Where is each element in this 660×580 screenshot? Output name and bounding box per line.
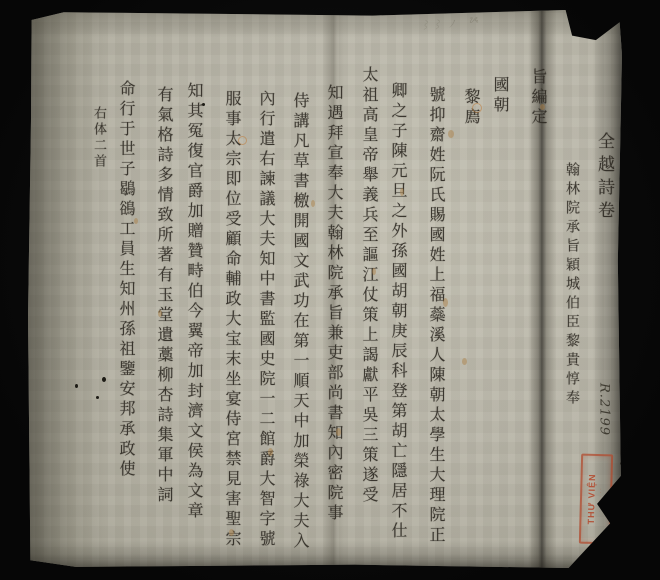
faint-pencil-scribble: ⌇⌇ ﾉ [420,15,457,32]
text-column-poem-count: 右体二首 [88,106,108,170]
paper-stain [134,218,138,224]
wormhole-speck [620,462,623,465]
text-column-biography-1: 號抑齋姓阮氏賜國姓上福蘂溪人陳朝太學生大理院正 [426,86,446,546]
wormhole-speck [96,396,99,399]
paper-stain [400,188,404,196]
paper-stain [268,448,273,456]
paper-stain [443,298,448,307]
wormhole-speck [75,384,78,388]
text-column-biography-3: 太祖高皇帝舉義兵至謳江仗策上謁獻平吳三策遂受 [359,66,379,506]
faint-pencil-scribble: ᝰ [468,12,481,26]
paper-scratch [624,78,637,88]
manuscript-photo: 全越詩卷 翰林院承旨穎城伯臣黎貴惇奉 R.2199 THƯ VIỆN ·····… [0,0,660,580]
wormhole-speck [202,103,205,106]
text-column-biography-2: 卿之子陳元旦之外孫國胡朝庚辰科登第胡亡隱居不仕 [388,82,408,542]
wormhole-speck [618,262,621,266]
text-column-edict: 旨編定 [528,68,548,128]
document-title: 全越詩卷 [594,132,614,224]
text-column-biography-6: 內行遣右諫議大夫知中書監國史院一二館爵大智字號 [256,90,276,550]
paper-stain [372,268,376,275]
paper-stain [540,104,545,110]
text-column-biography-8: 知其冤復官爵加贈贊畤伯今翼帝加封濟文侯為文章 [184,82,204,522]
wormhole-speck [102,377,106,382]
text-column-dynasty: 國朝 [490,76,510,116]
paper-stain [462,358,467,365]
vermilion-ring-mark [238,136,247,145]
wormhole-speck [622,98,625,102]
wormhole-speck [630,458,632,461]
paper-stain [229,529,234,536]
wormhole-speck [630,102,632,105]
manuscript-paper: 全越詩卷 翰林院承旨穎城伯臣黎貴惇奉 R.2199 THƯ VIỆN ·····… [28,10,622,568]
vermilion-ring-mark [472,103,482,113]
catalog-number: R.2199 [597,378,612,442]
library-stamp: THƯ VIỆN ······· [579,454,613,545]
text-column-biography-7: 服事太宗即位受顧命輔政大宝末坐宴侍宮禁見害聖宗 [222,90,242,550]
paper-stain [311,200,315,207]
paper-stain [336,428,341,436]
author-attribution-column: 翰林院承旨穎城伯臣黎貴惇奉 [562,162,582,409]
paper-stain [158,310,162,317]
library-stamp-text: THƯ VIỆN [585,473,596,524]
text-column-biography-10: 命行于世子鶡鵒工員生知州孫祖鑒安邦承政使 [116,80,136,480]
text-column-biography-5: 侍講凡草書檄開國文武功在第一順天中加榮祿大夫入 [290,92,310,552]
text-column-biography-9: 有氣格詩多情致所著有玉堂遺藁柳杏詩集軍中詞 [154,86,174,506]
paper-stain [448,130,454,138]
text-column-biography-4: 知遇拜宣奉大夫翰林院承旨兼吏部尚書知內密院事 [324,84,344,524]
paper-scratch [632,92,642,99]
wormhole-speck [626,267,628,270]
